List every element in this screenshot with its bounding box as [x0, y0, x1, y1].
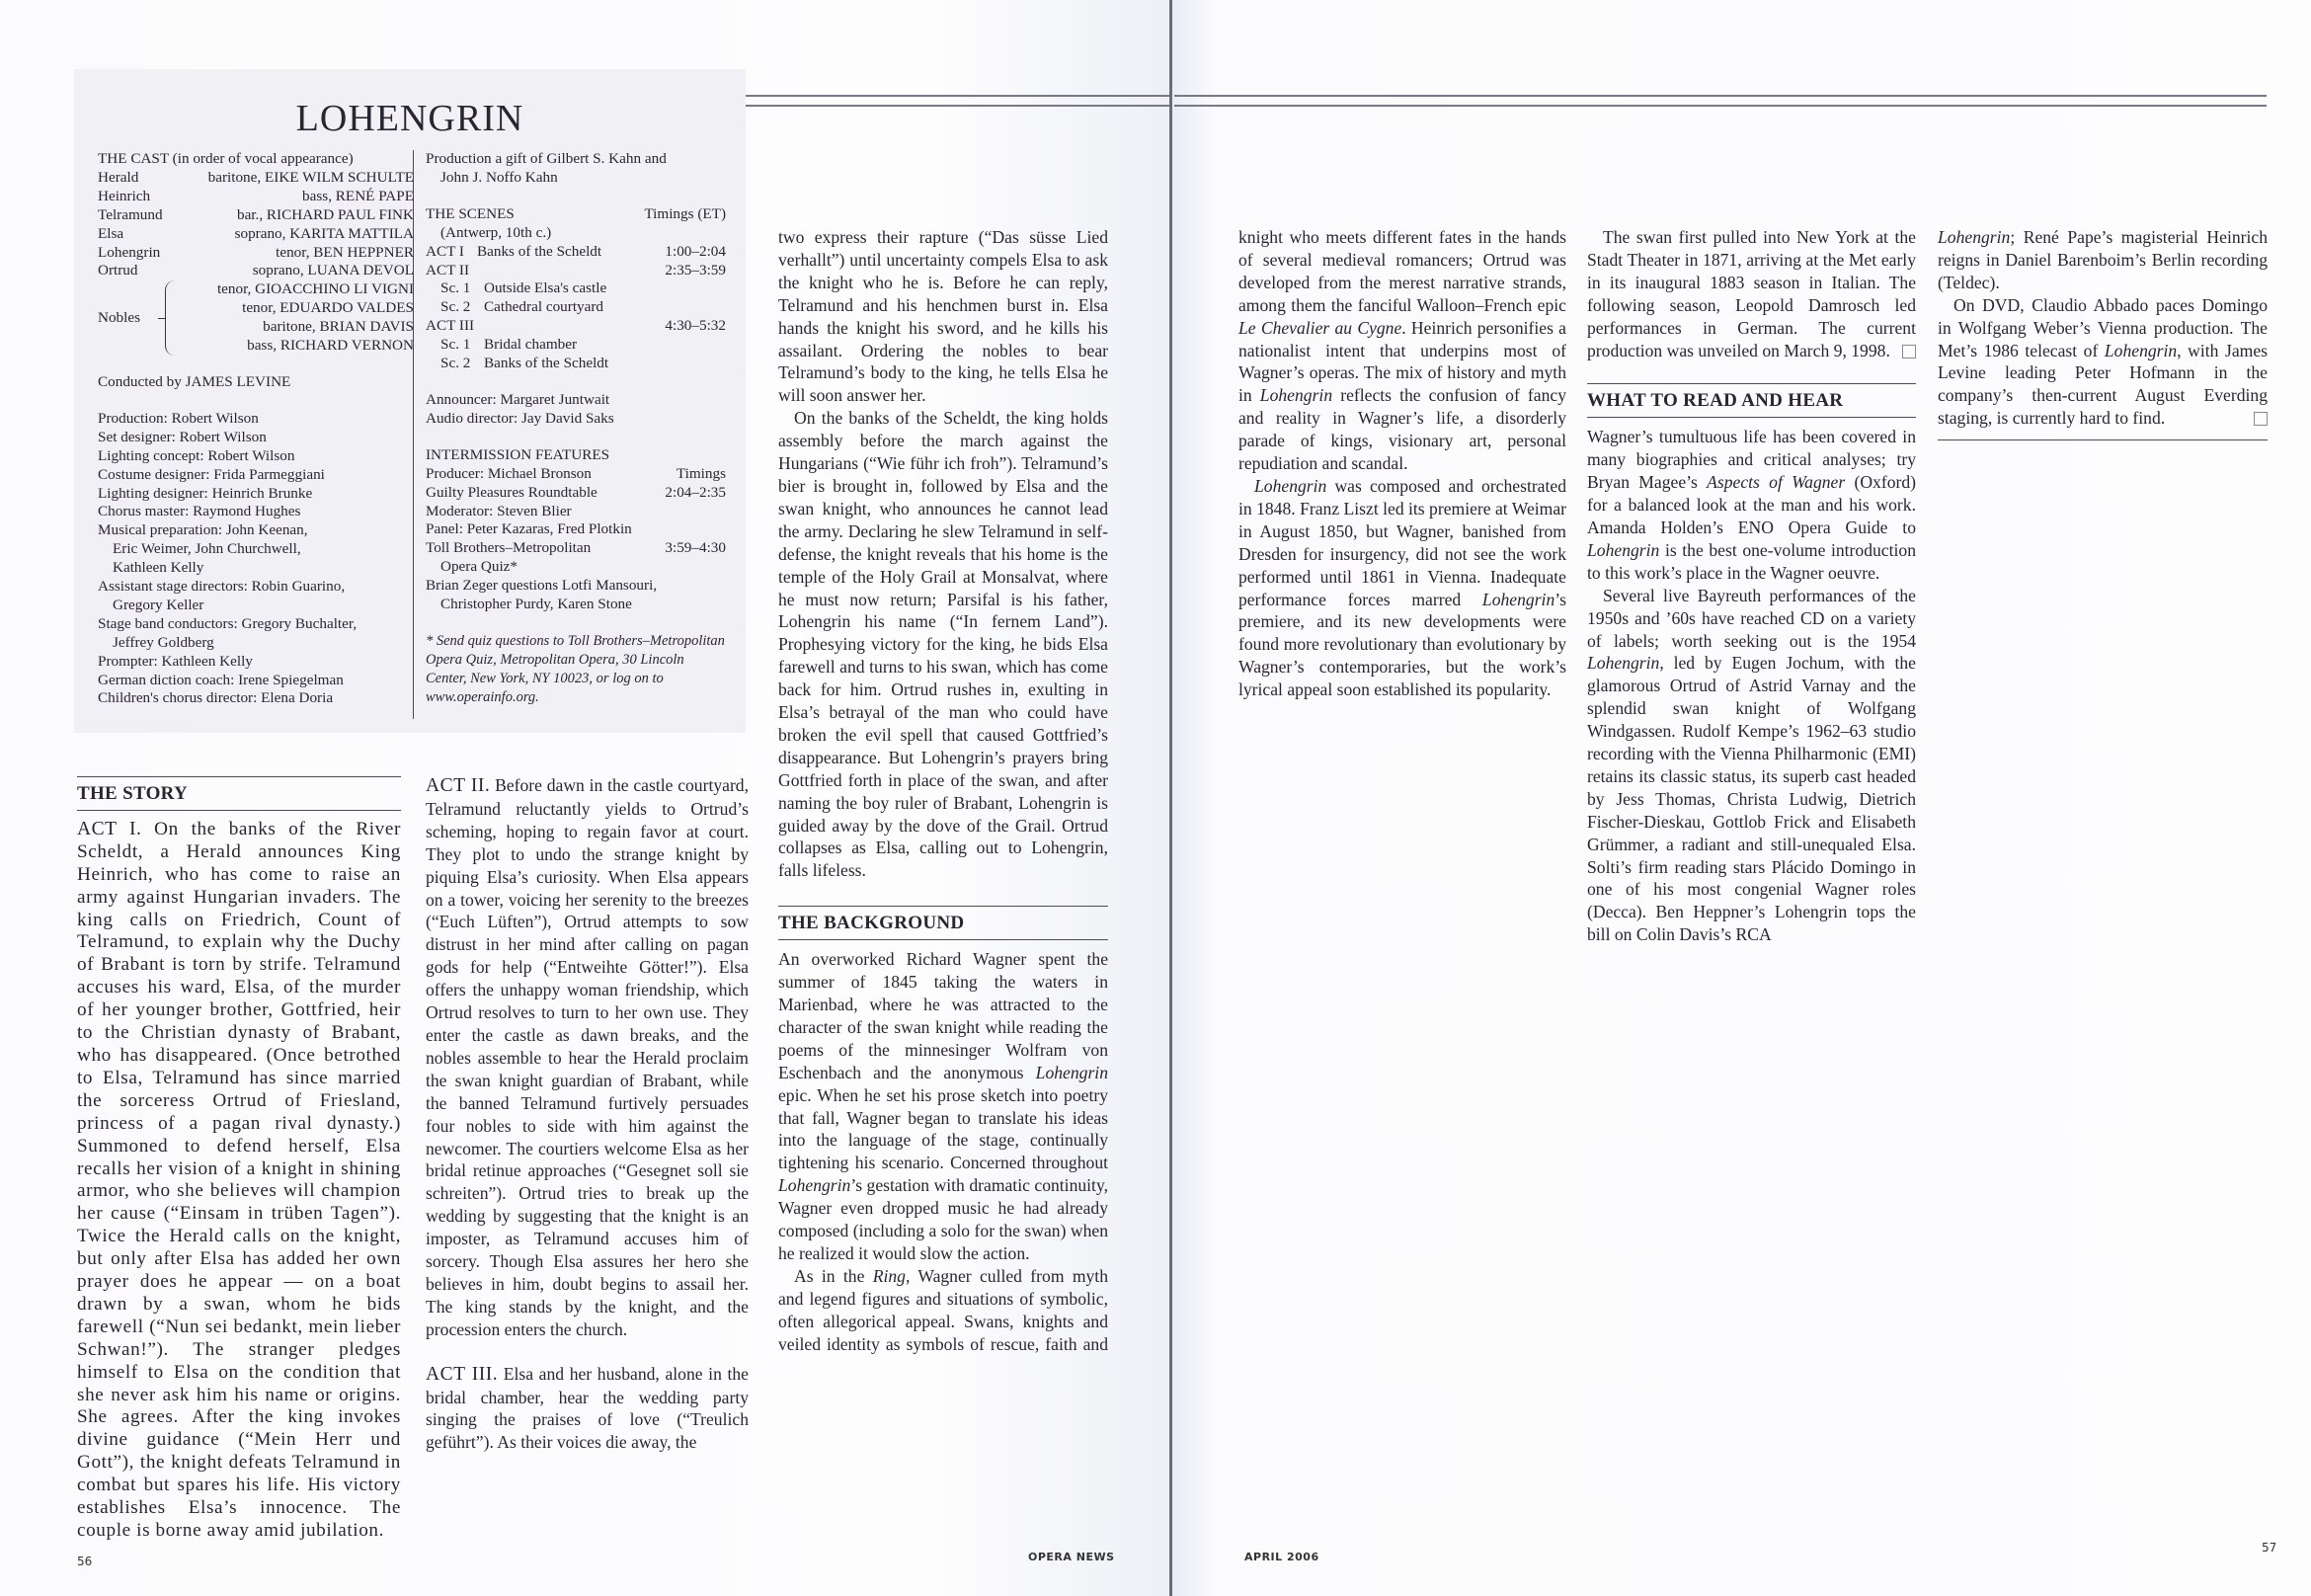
noble-singer: tenor, EDUARDO VALDES	[181, 299, 414, 318]
read-hear-heading: WHAT TO READ AND HEAR	[1587, 383, 1916, 418]
intermission-heading: INTERMISSION FEATURES	[426, 446, 726, 465]
staff-credit: Children's chorus director: Elena Doria	[98, 689, 414, 708]
staff-credit: German diction coach: Irene Spiegelman	[98, 672, 414, 690]
scene-row: ACT II2:35–3:59	[426, 262, 726, 280]
cast-singer: soprano, LUANA DEVOL	[253, 262, 414, 280]
staff-credit: Set designer: Robert Wilson	[98, 429, 414, 447]
issue-date: APRIL 2006	[1244, 1551, 1319, 1563]
background-p1: An overworked Richard Wagner spent the s…	[778, 948, 1108, 1265]
read-hear-column-2: Lohengrin; René Pape’s magisterial Heinr…	[1938, 226, 2268, 440]
staff-credit-cont: Eric Weimer, John Churchwell,	[98, 540, 414, 559]
intermission-row: Brian Zeger questions Lotfi Mansouri,	[426, 577, 726, 596]
intermission-row: Guilty Pleasures Roundtable2:04–2:35	[426, 484, 726, 503]
scene-row: Sc. 2Cathedral courtyard	[426, 298, 726, 317]
cast-heading: THE CAST (in order of vocal appearance)	[98, 150, 414, 169]
read-hear-p2: Several live Bayreuth performances of th…	[1587, 585, 1916, 947]
read-hear-p1: Wagner’s tumultuous life has been cov­er…	[1587, 426, 1916, 584]
intermission-row: Opera Quiz*	[426, 558, 726, 577]
intermission-row: Toll Brothers–Metropolitan3:59–4:30	[426, 539, 726, 558]
credits-box: LOHENGRIN THE CAST (in order of vocal ap…	[74, 69, 746, 733]
scenes-timings-label: Timings (ET)	[644, 205, 726, 224]
intermission-row: Panel: Peter Kazaras, Fred Plotkin	[426, 520, 726, 539]
scene-row: Sc. 1Bridal chamber	[426, 336, 726, 355]
cast-singer: soprano, KARITA MATTILA	[235, 225, 414, 244]
cast-row: Ortrudsoprano, LUANA DEVOL	[98, 262, 414, 280]
staff-credit: Lighting concept: Robert Wilson	[98, 447, 414, 466]
staff-credit: Stage band conductors: Gregory Buchalter…	[98, 615, 414, 634]
staff-credit: Lighting designer: Heinrich Brunke	[98, 485, 414, 504]
scenes-header: THE SCENES Timings (ET)	[426, 205, 726, 224]
noble-singer: baritone, BRIAN DAVIS	[181, 318, 414, 337]
cast-list: Heraldbaritone, EIKE WILM SCHULTEHeinric…	[98, 169, 414, 280]
intermission-row: Producer: Michael BronsonTimings	[426, 465, 726, 484]
background-heading: THE BACKGROUND	[778, 906, 1108, 940]
announcer-line: Announcer: Margaret Juntwait	[426, 391, 726, 410]
scenes-list: ACT IBanks of the Scheldt1:00–2:04ACT II…	[426, 243, 726, 373]
act3-text-part2: two express their rapture (“Das süsse Li…	[778, 226, 1108, 407]
intermission-row: Christopher Purdy, Karen Stone	[426, 596, 726, 614]
page-number-left: 56	[77, 1555, 92, 1568]
staff-credit: Chorus master: Raymond Hughes	[98, 503, 414, 521]
top-double-rule-right	[1174, 95, 2267, 107]
staff-credit-cont: Kathleen Kelly	[98, 559, 414, 578]
cast-role: Lohengrin	[98, 244, 160, 263]
staff-credit: Production: Robert Wilson	[98, 410, 414, 429]
brace-icon	[159, 280, 181, 356]
act2-label: ACT II.	[426, 775, 490, 796]
scene-row: ACT III4:30–5:32	[426, 317, 726, 336]
staff-credit-cont: Gregory Keller	[98, 597, 414, 615]
cast-row: Elsasoprano, KARITA MATTILA	[98, 225, 414, 244]
gift-line-cont: John J. Noffo Kahn	[426, 169, 726, 188]
scene-row: Sc. 2Banks of the Scheldt	[426, 355, 726, 373]
story-act3-p2: On the banks of the Scheldt, the king ho…	[778, 407, 1108, 882]
opera-title: LOHENGRIN	[74, 97, 746, 140]
conductor-line: Conducted by JAMES LEVINE	[98, 373, 414, 392]
background-p3: Lohengrin was composed and orches­trated…	[1238, 475, 1566, 701]
cast-singer: bass, RENÉ PAPE	[302, 188, 414, 206]
cast-singer: baritone, EIKE WILM SCHULTE	[208, 169, 414, 188]
read-hear-p3: On DVD, Claudio Abbado paces Domingo in …	[1938, 294, 2268, 430]
nobles-list: tenor, GIOACCHINO LI VIGNItenor, EDUARDO…	[181, 280, 414, 356]
act2-text: Before dawn in the castle court­yard, Te…	[426, 775, 749, 1339]
cast-row: Telramundbar., RICHARD PAUL FINK	[98, 206, 414, 225]
page-spine	[1169, 0, 1172, 1596]
story-act1: ACT I. On the banks of the River Scheldt…	[77, 819, 401, 1543]
quiz-note: * Send quiz questions to Toll Brothers–M…	[426, 632, 726, 707]
gift-line: Production a gift of Gilbert S. Kahn and	[426, 150, 726, 169]
background-column-3: The swan first pulled into New York at t…	[1587, 226, 1916, 946]
closing-rule	[1938, 439, 2268, 440]
background-p4: The swan first pulled into New York at t…	[1587, 226, 1916, 361]
cast-role: Heinrich	[98, 188, 150, 206]
staff-credit: Musical preparation: John Keenan,	[98, 521, 414, 540]
background-p2: As in the Ring, Wagner culled from myth …	[778, 1265, 1108, 1356]
noble-singer: tenor, GIOACCHINO LI VIGNI	[181, 280, 414, 299]
nobles-group: Nobles tenor, GIOACCHINO LI VIGNItenor, …	[98, 280, 414, 356]
cast-row: Heraldbaritone, EIKE WILM SCHULTE	[98, 169, 414, 188]
cast-role: Elsa	[98, 225, 123, 244]
scenes-setting: (Antwerp, 10th c.)	[426, 224, 726, 243]
end-mark-icon	[1902, 345, 1916, 359]
nobles-label: Nobles	[98, 280, 159, 356]
page-number-right: 57	[2262, 1541, 2276, 1555]
top-double-rule-left	[745, 95, 1169, 107]
publication-name: OPERA NEWS	[1028, 1551, 1115, 1563]
cast-role: Telramund	[98, 206, 163, 225]
cast-role: Ortrud	[98, 262, 138, 280]
staff-credit: Assistant stage directors: Robin Guarino…	[98, 578, 414, 597]
cast-singer: tenor, BEN HEPPNER	[276, 244, 414, 263]
intermission-row: Moderator: Steven Blier	[426, 503, 726, 521]
staff-list: Production: Robert WilsonSet designer: R…	[98, 410, 414, 709]
story-act3: ACT III. Elsa and her husband, alone in …	[426, 1363, 749, 1455]
story-heading: THE STORY	[77, 776, 401, 811]
story-column-3: two express their rapture (“Das süsse Li…	[778, 226, 1108, 1356]
cast-row: Lohengrintenor, BEN HEPPNER	[98, 244, 414, 263]
end-mark-icon	[2254, 412, 2268, 426]
scene-row: ACT IBanks of the Scheldt1:00–2:04	[426, 243, 726, 262]
background-p2-cont: knight who meets different fates in the …	[1238, 226, 1566, 475]
story-column-1: THE STORY ACT I. On the banks of the Riv…	[77, 776, 401, 1543]
staff-credit-cont: Jeffrey Goldberg	[98, 634, 414, 653]
cast-row: Heinrichbass, RENÉ PAPE	[98, 188, 414, 206]
cast-singer: bar., RICHARD PAUL FINK	[237, 206, 414, 225]
scene-row: Sc. 1Outside Elsa's castle	[426, 279, 726, 298]
noble-singer: bass, RICHARD VERNON	[181, 337, 414, 356]
cast-role: Herald	[98, 169, 138, 188]
story-act2: ACT II. Before dawn in the castle court­…	[426, 774, 749, 1341]
act1-label: ACT I.	[77, 819, 141, 839]
act1-text: On the banks of the River Scheldt, a Her…	[77, 819, 401, 1541]
credits-left-column: THE CAST (in order of vocal appearance) …	[98, 150, 414, 708]
staff-credit: Costume designer: Frida Parmeggiani	[98, 466, 414, 485]
staff-credit: Prompter: Kathleen Kelly	[98, 653, 414, 672]
read-hear-p2-cont: Lohengrin; René Pape’s magisterial Heinr…	[1938, 226, 2268, 294]
scenes-heading: THE SCENES	[426, 205, 644, 224]
act3-label: ACT III.	[426, 1364, 498, 1385]
audio-director-line: Audio director: Jay David Saks	[426, 410, 726, 429]
story-column-2: ACT II. Before dawn in the castle court­…	[426, 774, 749, 1454]
credits-right-column: Production a gift of Gilbert S. Kahn and…	[426, 150, 726, 707]
intermission-list: Producer: Michael BronsonTimingsGuilty P…	[426, 465, 726, 614]
background-column-2: knight who meets different fates in the …	[1238, 226, 1566, 701]
